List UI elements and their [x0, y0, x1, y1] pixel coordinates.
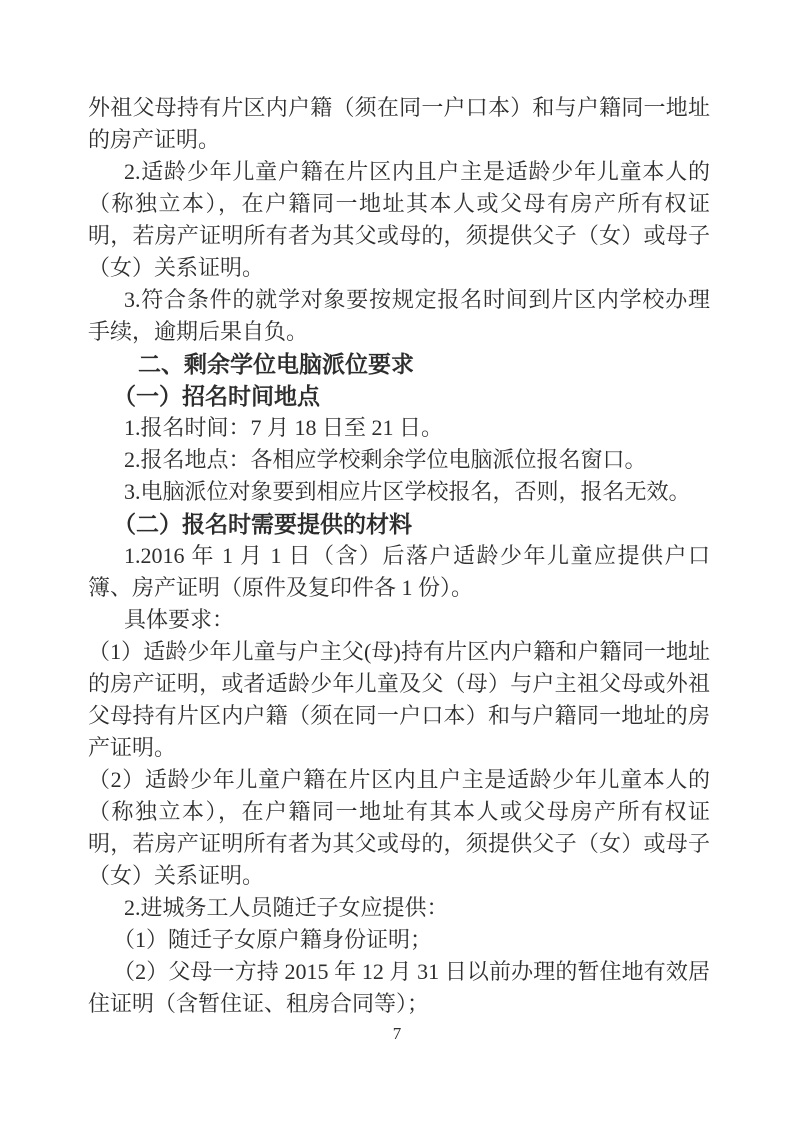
- paragraph-signup-place: 2.报名地点：各相应学校剩余学位电脑派位报名窗口。: [88, 444, 710, 476]
- paragraph-requirement-2: （2）适龄少年儿童户籍在片区内且户主是适龄少年儿童本人的（称独立本），在户籍同一…: [88, 764, 710, 892]
- document-page: 外祖父母持有片区内户籍（须在同一户口本）和与户籍同一地址的房产证明。 2.适龄少…: [0, 0, 794, 1123]
- subsection-heading-1: （一）招名时间地点: [88, 380, 710, 412]
- page-number: 7: [0, 1024, 794, 1044]
- document-body: 外祖父母持有片区内户籍（须在同一户口本）和与户籍同一地址的房产证明。 2.适龄少…: [88, 92, 710, 1020]
- paragraph-requirements-label: 具体要求：: [88, 604, 710, 636]
- paragraph-item-2: 2.适龄少年儿童户籍在片区内且户主是适龄少年儿童本人的（称独立本），在户籍同一地…: [88, 156, 710, 284]
- paragraph-migrant-doc-1: （1）随迁子女原户籍身份证明；: [88, 924, 710, 956]
- paragraph-signup-rule: 3.电脑派位对象要到相应片区学校报名，否则，报名无效。: [88, 476, 710, 508]
- paragraph-migrant-children: 2.进城务工人员随迁子女应提供：: [88, 892, 710, 924]
- paragraph-signup-time: 1.报名时间：7 月 18 日至 21 日。: [88, 412, 710, 444]
- paragraph-item-3: 3.符合条件的就学对象要按规定报名时间到片区内学校办理手续，逾期后果自负。: [88, 284, 710, 348]
- section-heading-2: 二、剩余学位电脑派位要求: [88, 348, 710, 380]
- paragraph-migrant-doc-2: （2）父母一方持 2015 年 12 月 31 日以前办理的暂住地有效居住证明（…: [88, 956, 710, 1020]
- paragraph-requirement-1: （1）适龄少年儿童与户主父(母)持有片区内户籍和户籍同一地址的房产证明，或者适龄…: [88, 636, 710, 764]
- subsection-heading-2: （二）报名时需要提供的材料: [88, 508, 710, 540]
- paragraph-continued: 外祖父母持有片区内户籍（须在同一户口本）和与户籍同一地址的房产证明。: [88, 92, 710, 156]
- paragraph-materials-1: 1.2016 年 1 月 1 日（含）后落户适龄少年儿童应提供户口簿、房产证明（…: [88, 540, 710, 604]
